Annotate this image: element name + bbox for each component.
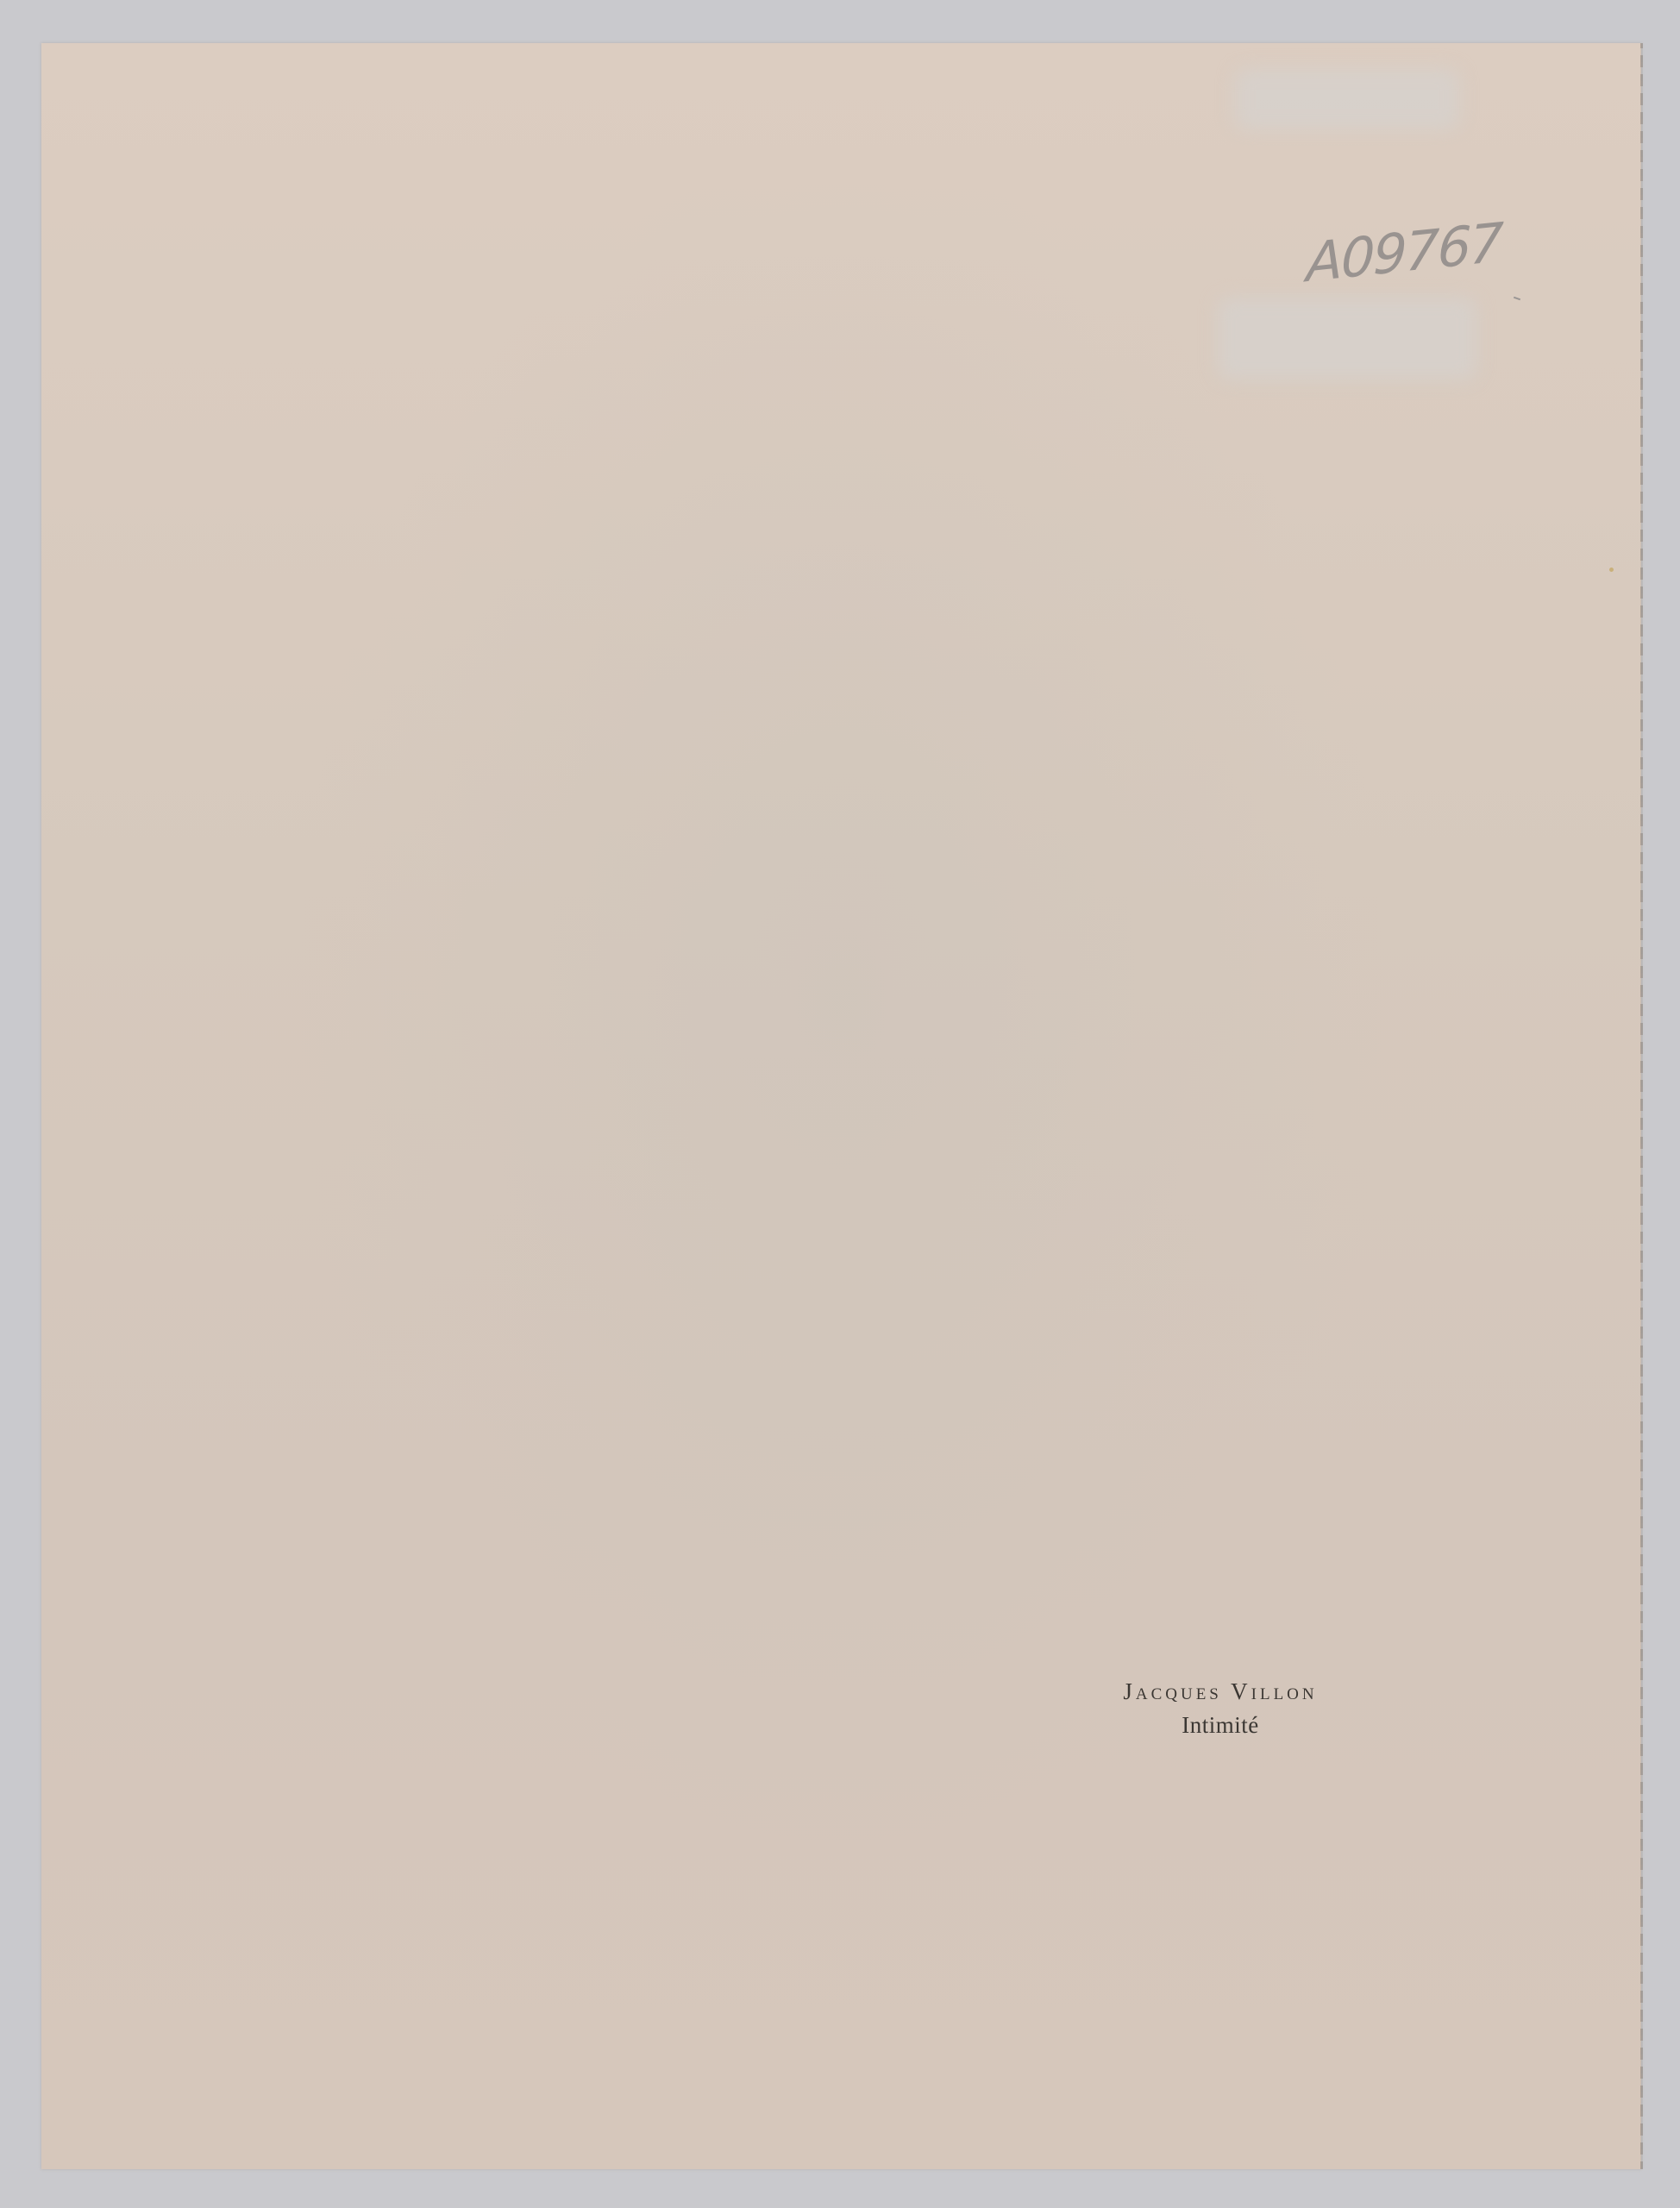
light-patch-top xyxy=(1235,69,1459,129)
light-patch-bottom xyxy=(1218,298,1476,379)
caption-block: Jacques Villon Intimité xyxy=(1000,1677,1440,1741)
caption-artist-name: Jacques Villon xyxy=(1000,1677,1440,1706)
caption-artwork-title: Intimité xyxy=(1000,1709,1440,1741)
paper-speck xyxy=(1609,568,1614,572)
